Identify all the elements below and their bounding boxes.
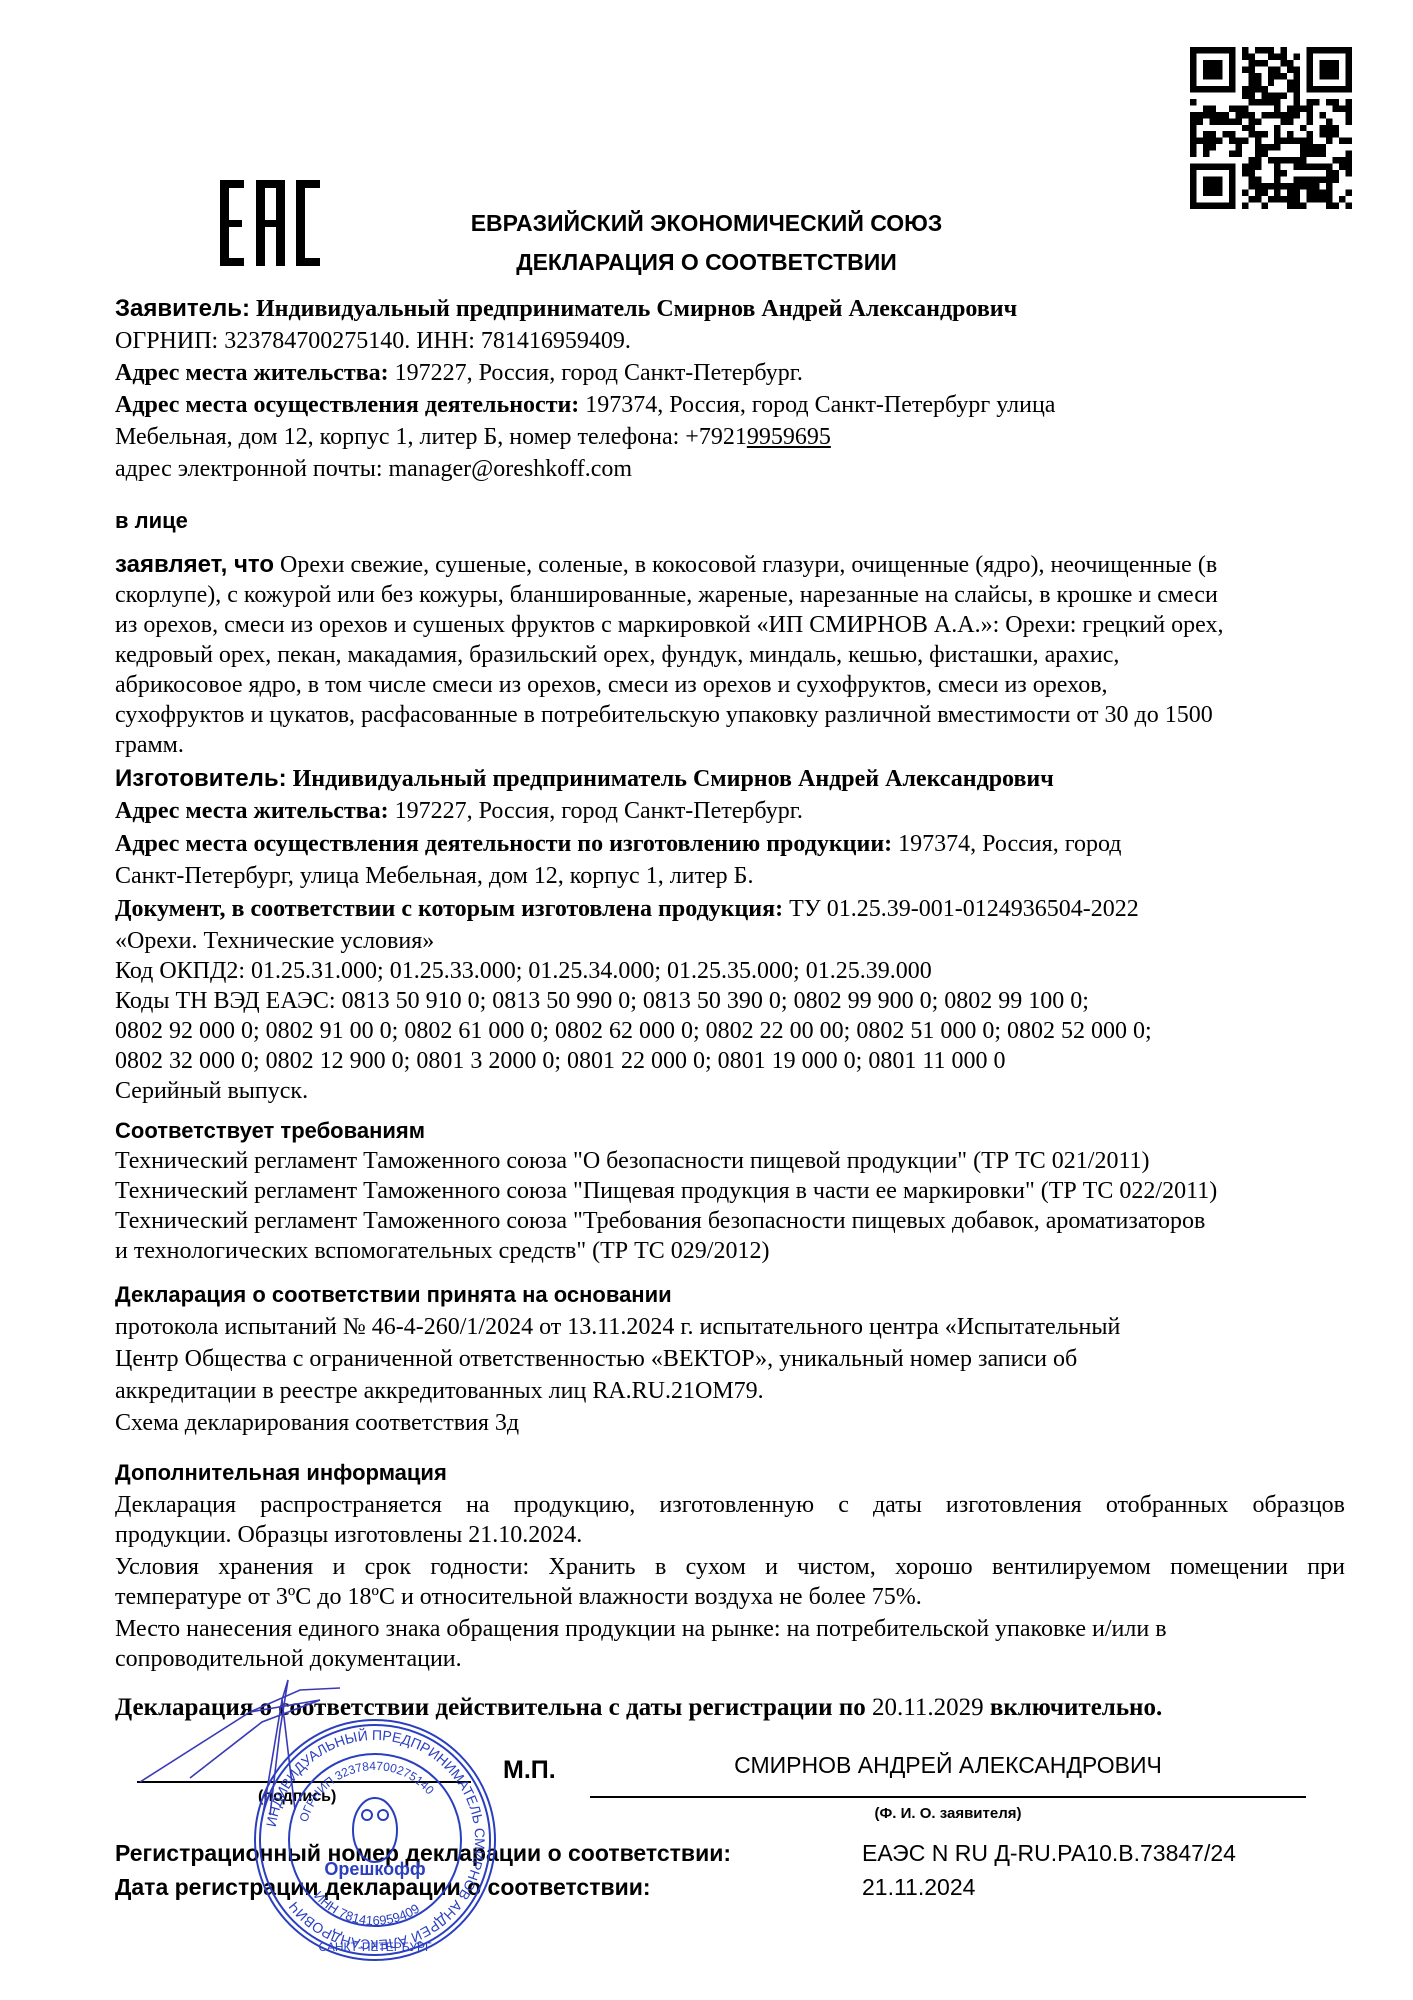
- applicant-label: Заявитель:: [115, 295, 250, 322]
- validity-line: Декларация о соответствии действительна …: [115, 1693, 1162, 1723]
- additional-text: температуре от 3ºС до 18ºС и относительн…: [115, 1582, 922, 1612]
- requirement-item: Технический регламент Таможенного союза …: [115, 1176, 1217, 1206]
- applicant-email: адрес электронной почты: manager@oreshko…: [115, 454, 632, 484]
- registration-date-label: Дата регистрации декларации о соответств…: [115, 1874, 651, 1901]
- in-person-label: в лице: [115, 508, 188, 534]
- tnved-codes: Коды ТН ВЭД ЕАЭС: 0813 50 910 0; 0813 50…: [115, 986, 1089, 1016]
- production-value-cont: Санкт-Петербург, улица Мебельная, дом 12…: [115, 861, 753, 891]
- applicant-line: Заявитель: Индивидуальный предпринимател…: [115, 294, 1017, 324]
- requirement-item: и технологических вспомогательных средст…: [115, 1236, 769, 1266]
- production-value: 197374, Россия, город: [898, 831, 1121, 857]
- additional-heading: Дополнительная информация: [115, 1460, 447, 1486]
- additional-text: Декларация распространяется на продукцию…: [115, 1490, 1345, 1520]
- svg-text:САНКТ-ПЕТЕРБУРГ: САНКТ-ПЕТЕРБУРГ: [318, 1940, 432, 1954]
- qr-code-icon: [1190, 47, 1352, 209]
- manufacturer-line: Изготовитель: Индивидуальный предпринима…: [115, 764, 1054, 794]
- manufacturer-document: Документ, в соответствии с которым изгот…: [115, 894, 1139, 924]
- additional-text: продукции. Образцы изготовлены 21.10.202…: [115, 1520, 582, 1550]
- activity-value: 197374, Россия, город Санкт-Петербург ул…: [585, 392, 1055, 418]
- activity-value-cont: Мебельная, дом 12, корпус 1, литер Б, но…: [115, 424, 747, 450]
- statement-text: Орехи свежие, сушеные, соленые, в кокосо…: [280, 552, 1217, 578]
- additional-text: Условия хранения и срок годности: Хранит…: [115, 1552, 1345, 1582]
- phone-number: 9959695: [747, 424, 831, 450]
- tnved-codes: 0802 32 000 0; 0802 12 900 0; 0801 3 200…: [115, 1046, 1005, 1076]
- validity-prefix: Декларация о соответствии действительна …: [115, 1694, 866, 1721]
- document-label: Документ, в соответствии с которым изгот…: [115, 896, 783, 922]
- seal-label: М.П.: [503, 1756, 556, 1785]
- tnved-codes: 0802 92 000 0; 0802 91 00 0; 0802 61 000…: [115, 1016, 1152, 1046]
- statement-text: абрикосовое ядро, в том числе смеси из о…: [115, 670, 1108, 700]
- requirement-item: Технический регламент Таможенного союза …: [115, 1146, 1150, 1176]
- statement-text: грамм.: [115, 730, 184, 760]
- validity-date: 20.11.2029: [872, 1694, 984, 1721]
- manufacturer-label: Изготовитель:: [115, 765, 287, 792]
- additional-text: Место нанесения единого знака обращения …: [115, 1614, 1167, 1644]
- residence-value: 197227, Россия, город Санкт-Петербург.: [395, 798, 803, 824]
- statement-text: сухофруктов и цукатов, расфасованные в п…: [115, 700, 1213, 730]
- signature-line: [137, 1781, 471, 1783]
- document-value-cont: «Орехи. Технические условия»: [115, 926, 434, 956]
- signature-caption: (подпись): [258, 1788, 336, 1806]
- basis-text: аккредитации в реестре аккредитованных л…: [115, 1376, 764, 1406]
- applicant-activity: Адрес места осуществления деятельности: …: [115, 390, 1055, 420]
- registration-date-value: 21.11.2024: [862, 1874, 975, 1901]
- name-line: [590, 1796, 1306, 1798]
- union-title: ЕВРАЗИЙСКИЙ ЭКОНОМИЧЕСКИЙ СОЮЗ: [0, 210, 1413, 237]
- activity-label: Адрес места осуществления деятельности:: [115, 392, 579, 418]
- statement-line: заявляет, что Орехи свежие, сушеные, сол…: [115, 550, 1217, 580]
- applicant-activity-cont: Мебельная, дом 12, корпус 1, литер Б, но…: [115, 422, 831, 452]
- statement-text: из орехов, смеси из орехов и сушеных фру…: [115, 610, 1223, 640]
- residence-value: 197227, Россия, город Санкт-Петербург.: [395, 360, 803, 386]
- statement-label: заявляет, что: [115, 551, 274, 578]
- applicant-full-name: СМИРНОВ АНДРЕЙ АЛЕКСАНДРОВИЧ: [590, 1752, 1306, 1779]
- statement-text: кедровый орех, пекан, макадамия, бразиль…: [115, 640, 1119, 670]
- manufacturer-residence: Адрес места жительства: 197227, Россия, …: [115, 796, 803, 826]
- document-title: ДЕКЛАРАЦИЯ О СООТВЕТСТВИИ: [0, 249, 1413, 276]
- statement-text: скорлупе), с кожурой или без кожуры, бла…: [115, 580, 1218, 610]
- requirement-item: Технический регламент Таможенного союза …: [115, 1206, 1205, 1236]
- applicant-residence: Адрес места жительства: 197227, Россия, …: [115, 358, 803, 388]
- applicant-name: Индивидуальный предприниматель Смирнов А…: [256, 296, 1017, 322]
- requirements-heading: Соответствует требованиям: [115, 1118, 425, 1144]
- registration-number-value: ЕАЭС N RU Д-RU.РА10.В.73847/24: [862, 1840, 1236, 1867]
- serial-release: Серийный выпуск.: [115, 1076, 308, 1106]
- manufacturer-name: Индивидуальный предприниматель Смирнов А…: [293, 766, 1054, 792]
- name-caption: (Ф. И. О. заявителя): [590, 1805, 1306, 1822]
- scheme-text: Схема декларирования соответствия 3д: [115, 1408, 519, 1438]
- basis-text: протокола испытаний № 46-4-260/1/2024 от…: [115, 1312, 1120, 1342]
- residence-label: Адрес места жительства:: [115, 360, 389, 386]
- validity-suffix: включительно.: [990, 1694, 1162, 1721]
- additional-text: сопроводительной документации.: [115, 1644, 462, 1674]
- basis-text: Центр Общества с ограниченной ответствен…: [115, 1344, 1077, 1374]
- residence-label: Адрес места жительства:: [115, 798, 389, 824]
- production-label: Адрес места осуществления деятельности п…: [115, 831, 892, 857]
- registration-number-label: Регистрационный номер декларации о соотв…: [115, 1840, 731, 1867]
- basis-heading: Декларация о соответствии принята на осн…: [115, 1282, 672, 1308]
- applicant-ogrnip: ОГРНИП: 323784700275140. ИНН: 7814169594…: [115, 326, 631, 356]
- manufacturer-production: Адрес места осуществления деятельности п…: [115, 829, 1121, 859]
- document-value: ТУ 01.25.39-001-0124936504-2022: [789, 896, 1139, 922]
- okpd2-codes: Код ОКПД2: 01.25.31.000; 01.25.33.000; 0…: [115, 956, 932, 986]
